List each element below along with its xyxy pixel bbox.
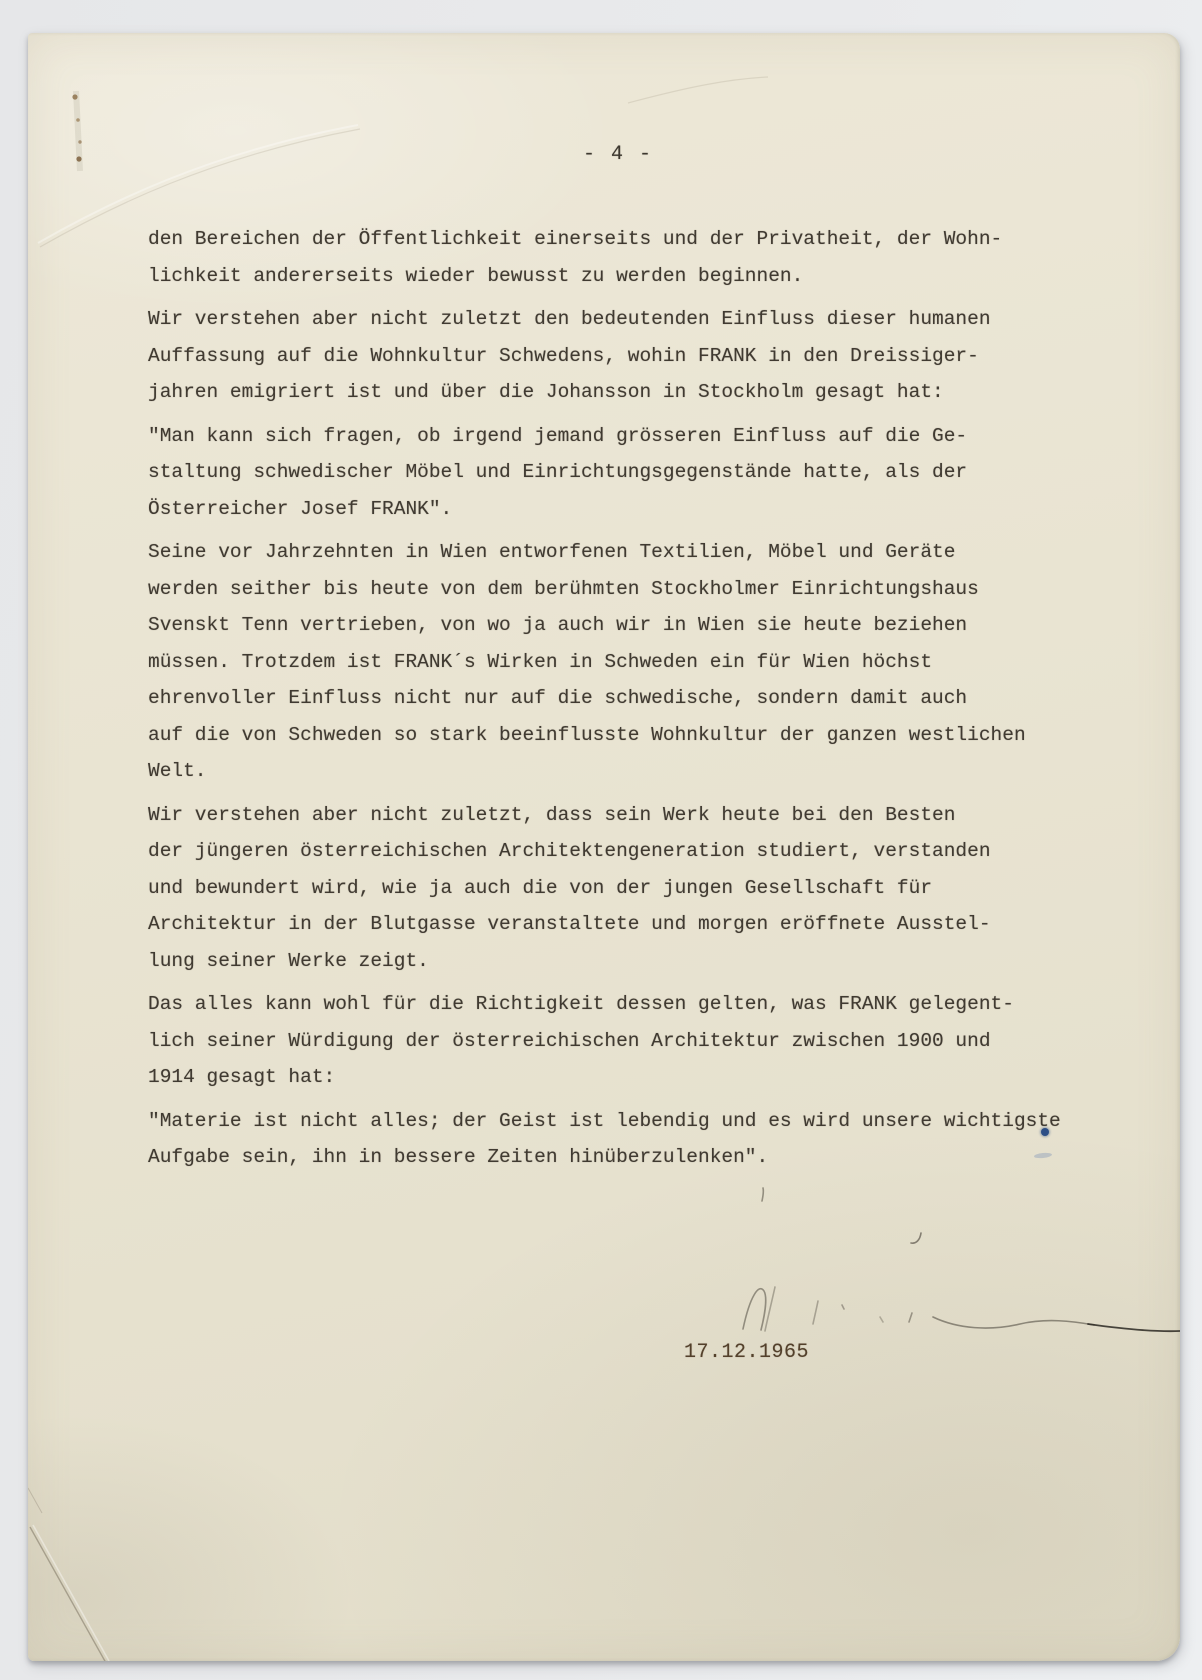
paragraph-2: Wir verstehen aber nicht zuletzt den bed… <box>148 301 1128 411</box>
paragraph-5: Wir verstehen aber nicht zuletzt, dass s… <box>148 797 1128 980</box>
blue-ink-dot <box>1041 1128 1049 1136</box>
pencil-signature <box>743 1188 1180 1331</box>
paragraph-6: Das alles kann wohl für die Richtigkeit … <box>148 986 1128 1096</box>
paragraph-7-quote: "Materie ist nicht alles; der Geist ist … <box>148 1103 1128 1176</box>
paragraph-3-quote: "Man kann sich fragen, ob irgend jemand … <box>148 418 1128 528</box>
fold-crease <box>28 1488 109 1661</box>
staple-holes <box>72 91 81 171</box>
document-page: - 4 - den Bereichen der Öffentlichkeit e… <box>28 33 1180 1661</box>
page-number: - 4 - <box>148 143 1088 166</box>
paragraph-4: Seine vor Jahrzehnten in Wien entworfene… <box>148 534 1128 790</box>
date-stamp: 17.12.1965 <box>684 1341 809 1364</box>
document-body: den Bereichen der Öffentlichkeit einerse… <box>148 221 1128 1183</box>
paragraph-1: den Bereichen der Öffentlichkeit einerse… <box>148 221 1128 294</box>
